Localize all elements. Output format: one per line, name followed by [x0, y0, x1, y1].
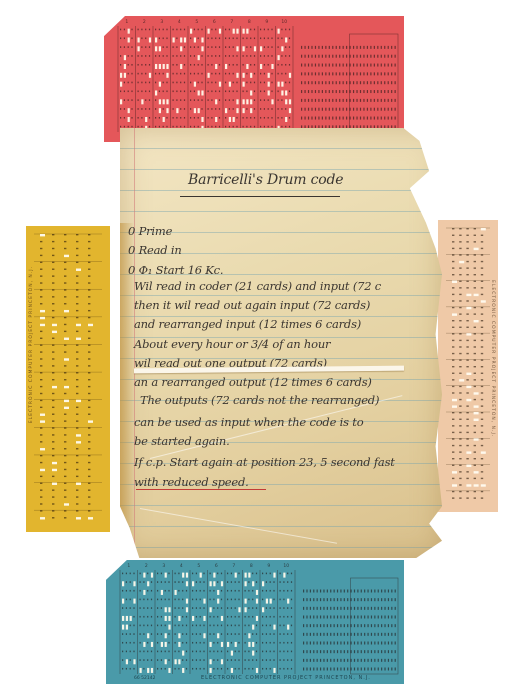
punch-card-yellow: ELECTRONIC COMPUTER PROJECT PRINCETON, N… — [26, 226, 110, 532]
punch-card-grid: 12345678910 — [106, 560, 404, 684]
svg-text:3: 3 — [162, 563, 165, 569]
svg-text:8: 8 — [250, 563, 253, 569]
svg-text:5: 5 — [197, 563, 200, 569]
note-line: The outputs (72 cards not the rearranged… — [140, 393, 379, 407]
note-line: 0 Prime — [128, 224, 172, 238]
paper-crease — [140, 508, 337, 544]
svg-text:5: 5 — [195, 19, 198, 25]
svg-text:10: 10 — [283, 563, 289, 569]
svg-text:9: 9 — [265, 19, 268, 25]
note-line: 0 Read in — [128, 243, 182, 257]
note-line: can be used as input when the code is to — [134, 415, 363, 429]
note-line: with reduced speed. — [134, 475, 249, 489]
svg-text:8: 8 — [248, 19, 251, 25]
svg-text:7: 7 — [230, 19, 233, 25]
note-line: About every hour or 3/4 of an hour — [134, 337, 330, 351]
svg-text:2: 2 — [145, 563, 148, 569]
svg-text:3: 3 — [160, 19, 163, 25]
note-line: If c.p. Start again at position 23, 5 se… — [134, 455, 395, 469]
note-line: Wil read in coder (21 cards) and input (… — [134, 279, 381, 293]
svg-text:1: 1 — [127, 563, 130, 569]
card-footer: ELECTRONIC COMPUTER PROJECT PRINCETON, N… — [29, 266, 34, 423]
punch-card-blue: 12345678910 66 52142 ELECTRONIC COMPUTER… — [106, 560, 404, 684]
punch-card-red: 12345678910 66 52142 ELECTRONIC COMPUTER… — [104, 16, 404, 142]
punch-card-peach: ELECTRONIC COMPUTER PROJECT PRINCETON, N… — [438, 220, 498, 512]
svg-text:4: 4 — [180, 563, 183, 569]
svg-text:6: 6 — [215, 563, 218, 569]
svg-text:7: 7 — [232, 563, 235, 569]
red-underline — [136, 489, 266, 490]
note-line: be started again. — [134, 434, 230, 448]
punch-card-grid — [438, 220, 498, 512]
note-line: then it wil read out again input (72 car… — [134, 298, 370, 312]
svg-text:4: 4 — [178, 19, 181, 25]
svg-text:10: 10 — [281, 19, 287, 25]
svg-text:9: 9 — [267, 563, 270, 569]
svg-text:1: 1 — [125, 19, 128, 25]
note-line: an a rearranged output (12 times 6 cards… — [134, 375, 372, 389]
punch-card-grid: 12345678910 — [104, 16, 404, 142]
handwritten-note: Barricelli's Drum code 0 Prime0 Read in0… — [120, 128, 442, 558]
note-line: and rearranged input (12 times 6 cards) — [134, 317, 361, 331]
title-underline — [180, 196, 340, 197]
card-serial: 66 52142 — [134, 676, 155, 681]
svg-text:6: 6 — [213, 19, 216, 25]
card-footer: ELECTRONIC COMPUTER PROJECT PRINCETON, N… — [201, 675, 371, 681]
card-footer: ELECTRONIC COMPUTER PROJECT PRINCETON, N… — [490, 280, 495, 437]
punch-card-grid — [26, 226, 110, 532]
note-line: 0 Φ₁ Start 16 Kc. — [128, 263, 223, 277]
svg-text:2: 2 — [143, 19, 146, 25]
note-title: Barricelli's Drum code — [188, 172, 343, 188]
